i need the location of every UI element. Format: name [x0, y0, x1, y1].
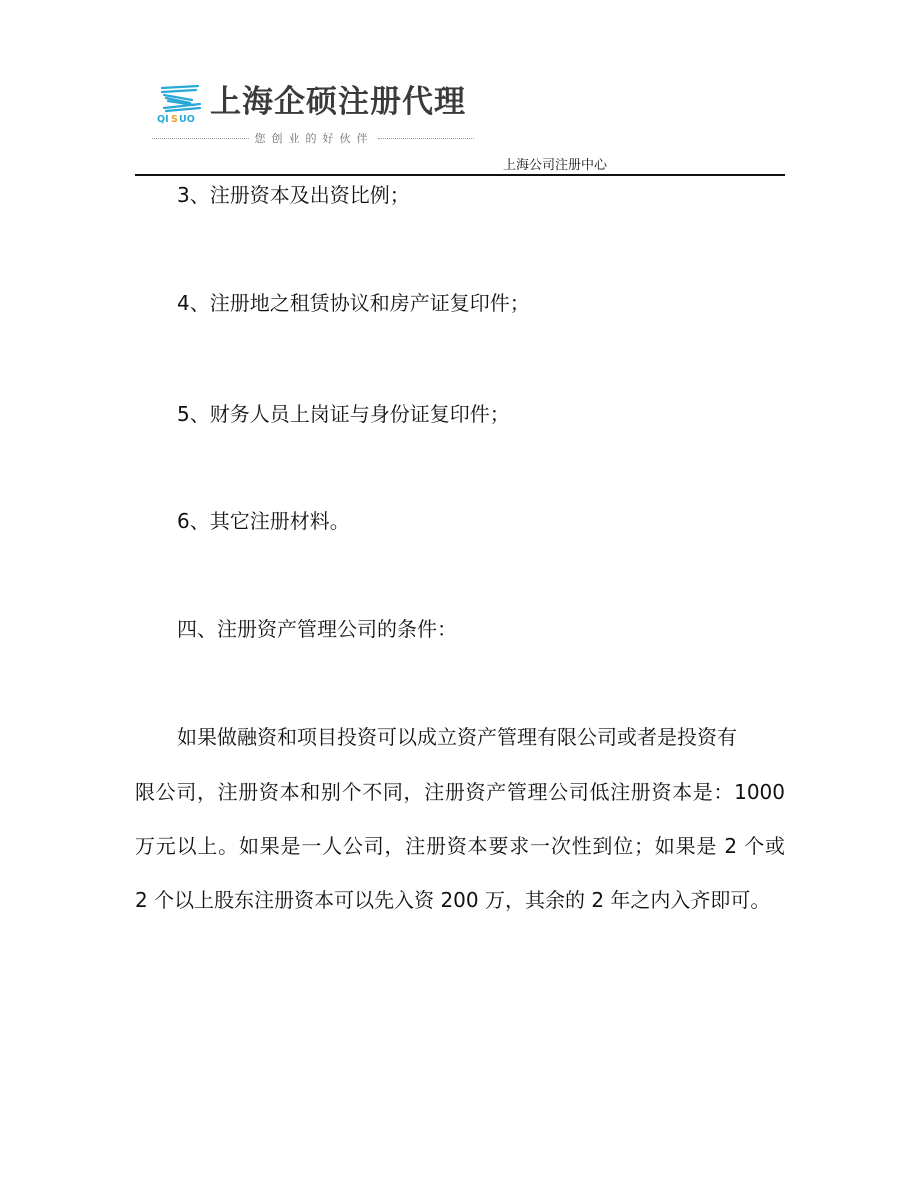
logo-tagline: 您创业的好伙伴	[249, 130, 378, 146]
header-divider	[135, 174, 785, 176]
svg-text:UO: UO	[179, 114, 195, 124]
list-item: 4、注册地之租赁协议和房产证复印件；	[177, 288, 530, 318]
list-item: 3、注册资本及出资比例；	[177, 180, 410, 210]
logo-tagline-row: 您创业的好伙伴	[152, 130, 474, 146]
list-item: 6、其它注册材料。	[177, 506, 350, 536]
paragraph-line: 万元以上。如果是一人公司，注册资本要求一次性到位；如果是 2 个或	[135, 831, 785, 861]
logo-title: 上海企硕注册代理	[210, 82, 466, 122]
tagline-divider-right	[378, 138, 475, 139]
header-right-text: 上海公司注册中心	[503, 154, 607, 173]
paragraph-line: 2 个以上股东注册资本可以先入资 200 万，其余的 2 年之内入齐即可。	[135, 885, 785, 915]
list-item: 5、财务人员上岗证与身份证复印件；	[177, 399, 510, 429]
document-page: QI S UO 上海企硕注册代理 您创业的好伙伴 上海公司注册中心 3、注册资本…	[0, 0, 920, 1191]
tagline-divider-left	[152, 138, 249, 139]
paragraph-line: 如果做融资和项目投资可以成立资产管理有限公司或者是投资有	[177, 722, 737, 752]
company-logo: QI S UO 上海企硕注册代理 您创业的好伙伴	[152, 80, 482, 150]
section-heading: 四、注册资产管理公司的条件：	[177, 614, 457, 644]
svg-text:QI: QI	[157, 114, 169, 124]
qisuo-logo-icon: QI S UO	[156, 84, 206, 124]
paragraph-line: 限公司，注册资本和别个不同，注册资产管理公司低注册资本是：1000	[135, 777, 785, 807]
svg-text:S: S	[171, 114, 178, 124]
